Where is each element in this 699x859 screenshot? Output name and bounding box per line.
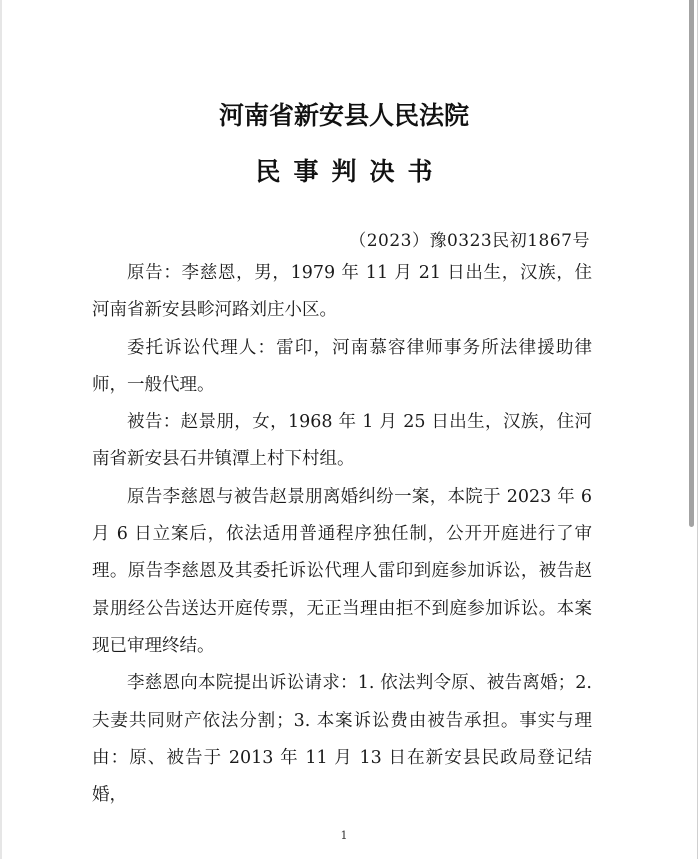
paragraph-plaintiff: 原告：李慈恩，男，1979 年 11 月 21 日出生，汉族，住河南省新安县畛河… (92, 255, 592, 330)
paragraph-claims: 李慈恩向本院提出诉讼请求：1. 依法判令原、被告离婚；2. 夫妻共同财产依法分割… (92, 665, 592, 814)
paragraph-case-summary: 原告李慈恩与被告赵景朋离婚纠纷一案，本院于 2023 年 6 月 6 日立案后，… (92, 479, 592, 665)
vertical-scrollbar-thumb[interactable] (689, 0, 694, 527)
paragraph-agent: 委托诉讼代理人：雷印，河南慕容律师事务所法律援助律师，一般代理。 (92, 330, 592, 405)
page-number: 1 (2, 829, 686, 842)
window-right-border (697, 0, 698, 859)
paragraph-defendant: 被告：赵景朋，女，1968 年 1 月 25 日出生，汉族，住河南省新安县石井镇… (92, 404, 592, 479)
document-page: 河南省新安县人民法院 民事判决书 （2023）豫0323民初1867号 原告：李… (2, 0, 686, 859)
document-body: 原告：李慈恩，男，1979 年 11 月 21 日出生，汉族，住河南省新安县畛河… (92, 255, 592, 814)
case-number: （2023）豫0323民初1867号 (349, 226, 590, 251)
court-name-title: 河南省新安县人民法院 (2, 96, 686, 132)
document-type-title: 民事判决书 (2, 152, 686, 188)
